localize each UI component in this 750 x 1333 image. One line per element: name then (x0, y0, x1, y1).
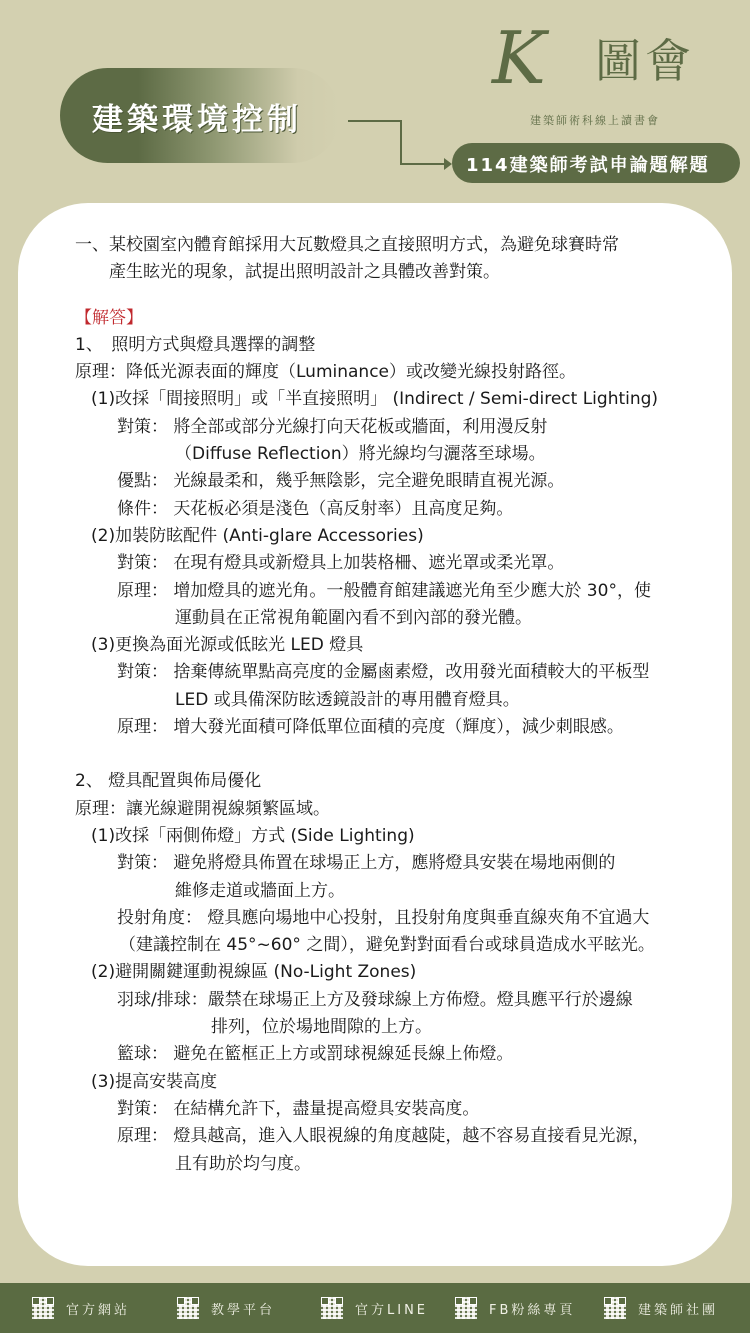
qr-code-icon (604, 1297, 626, 1319)
footer-bar: 官方網站 教學平台 官方LINE FB粉絲專頁 建築師社團 (0, 1283, 750, 1333)
footer-link-label: 建築師社團 (638, 1299, 718, 1318)
item-title: (1)改採「間接照明」或「半直接照明」 (Indirect / Semi-dir… (75, 386, 695, 413)
qr-code-icon (32, 1297, 54, 1319)
item-title: (2)避開關鍵運動視線區 (No-Light Zones) (75, 959, 695, 986)
item-line: 維修走道或牆面上方。 (75, 878, 695, 905)
item-line: 對策： 將全部或部分光線打向天花板或牆面，利用漫反射 (75, 414, 695, 441)
footer-link-architect-group[interactable]: 建築師社團 (604, 1283, 718, 1333)
answer-document: 一、某校園室內體育館採用大瓦數燈具之直接照明方式，為避免球賽時常 產生眩光的現象… (75, 232, 695, 1178)
item-line: 條件： 天花板必須是淺色（高反射率）且高度足夠。 (75, 496, 695, 523)
footer-link-teaching-platform[interactable]: 教學平台 (177, 1283, 275, 1333)
connector-line (400, 120, 402, 165)
item-line: 羽球/排球：嚴禁在球場正上方及發球線上方佈燈。燈具應平行於邊線 (75, 987, 695, 1014)
item-line: 排列，位於場地間隙的上方。 (75, 1014, 695, 1041)
item-title: (3)提高安裝高度 (75, 1069, 695, 1096)
item-line: （Diffuse Reflection）將光線均勻灑落至球場。 (75, 441, 695, 468)
answer-heading: 【解答】 (75, 305, 695, 332)
footer-link-label: 教學平台 (211, 1299, 275, 1318)
exam-subtitle: 114建築師考試申論題解題 (466, 151, 710, 177)
item-line: 原理： 增大發光面積可降低單位面積的亮度（輝度），減少刺眼感。 (75, 714, 695, 741)
qr-code-icon (321, 1297, 343, 1319)
logo-name: 圖會 (595, 38, 695, 84)
section-layout-optimization: 2、 燈具配置與佈局優化 原理：讓光線避開視線頻繁區域。 (1)改採「兩側佈燈」… (75, 768, 695, 1177)
item-title: (2)加裝防眩配件 (Anti-glare Accessories) (75, 523, 695, 550)
footer-link-label: FB粉絲專頁 (489, 1299, 575, 1318)
footer-link-label: 官方LINE (355, 1299, 428, 1318)
arrow-right-icon (444, 158, 452, 170)
footer-link-label: 官方網站 (66, 1299, 130, 1318)
item-title: (1)改採「兩側佈燈」方式 (Side Lighting) (75, 823, 695, 850)
item-line: 投射角度： 燈具應向場地中心投射，且投射角度與垂直線夾角不宜過大 (75, 905, 695, 932)
item-line: 原理： 增加燈具的遮光角。一般體育館建議遮光角至少應大於 30°，使 (75, 578, 695, 605)
section-heading: 1、 照明方式與燈具選擇的調整 (75, 332, 695, 359)
item-line: 運動員在正常視角範圍內看不到內部的發光體。 (75, 605, 695, 632)
question-text: 產生眩光的現象，試提出照明設計之具體改善對策。 (75, 259, 695, 286)
footer-link-official-line[interactable]: 官方LINE (321, 1283, 428, 1333)
connector-line (400, 163, 450, 165)
item-line: （建議控制在 45°~60° 之間），避免對對面看台或球員造成水平眩光。 (75, 932, 695, 959)
item-line: 對策： 捨棄傳統單點高亮度的金屬鹵素燈，改用發光面積較大的平板型 (75, 659, 695, 686)
qr-code-icon (455, 1297, 477, 1319)
section-principle: 原理：降低光源表面的輝度（Luminance）或改變光線投射路徑。 (75, 359, 695, 386)
question-text: 一、某校園室內體育館採用大瓦數燈具之直接照明方式，為避免球賽時常 (75, 232, 695, 259)
item-line: 對策： 在現有燈具或新燈具上加裝格柵、遮光罩或柔光罩。 (75, 550, 695, 577)
section-principle: 原理：讓光線避開視線頻繁區域。 (75, 796, 695, 823)
item-line: 優點： 光線最柔和，幾乎無陰影，完全避免眼睛直視光源。 (75, 468, 695, 495)
spacer (75, 741, 695, 768)
qr-code-icon (177, 1297, 199, 1319)
logo-tagline: 建築師術科線上讀書會 (530, 112, 660, 128)
item-title: (3)更換為面光源或低眩光 LED 燈具 (75, 632, 695, 659)
item-line: 籃球： 避免在籃框正上方或罰球視線延長線上佈燈。 (75, 1041, 695, 1068)
logo-mark: K (492, 22, 546, 94)
item-line: 對策： 在結構允許下，盡量提高燈具安裝高度。 (75, 1096, 695, 1123)
item-line: LED 或具備深防眩透鏡設計的專用體育燈具。 (75, 687, 695, 714)
connector-line (348, 120, 402, 122)
section-lighting-method: 1、 照明方式與燈具選擇的調整 原理：降低光源表面的輝度（Luminance）或… (75, 332, 695, 741)
section-heading: 2、 燈具配置與佈局優化 (75, 768, 695, 795)
item-line: 且有助於均勻度。 (75, 1151, 695, 1178)
footer-link-fb-fanpage[interactable]: FB粉絲專頁 (455, 1283, 575, 1333)
item-line: 原理： 燈具越高，進入人眼視線的角度越陡，越不容易直接看見光源， (75, 1123, 695, 1150)
item-line: 對策： 避免將燈具佈置在球場正上方，應將燈具安裝在場地兩側的 (75, 850, 695, 877)
footer-link-official-website[interactable]: 官方網站 (32, 1283, 130, 1333)
subject-title: 建築環境控制 (92, 94, 302, 139)
